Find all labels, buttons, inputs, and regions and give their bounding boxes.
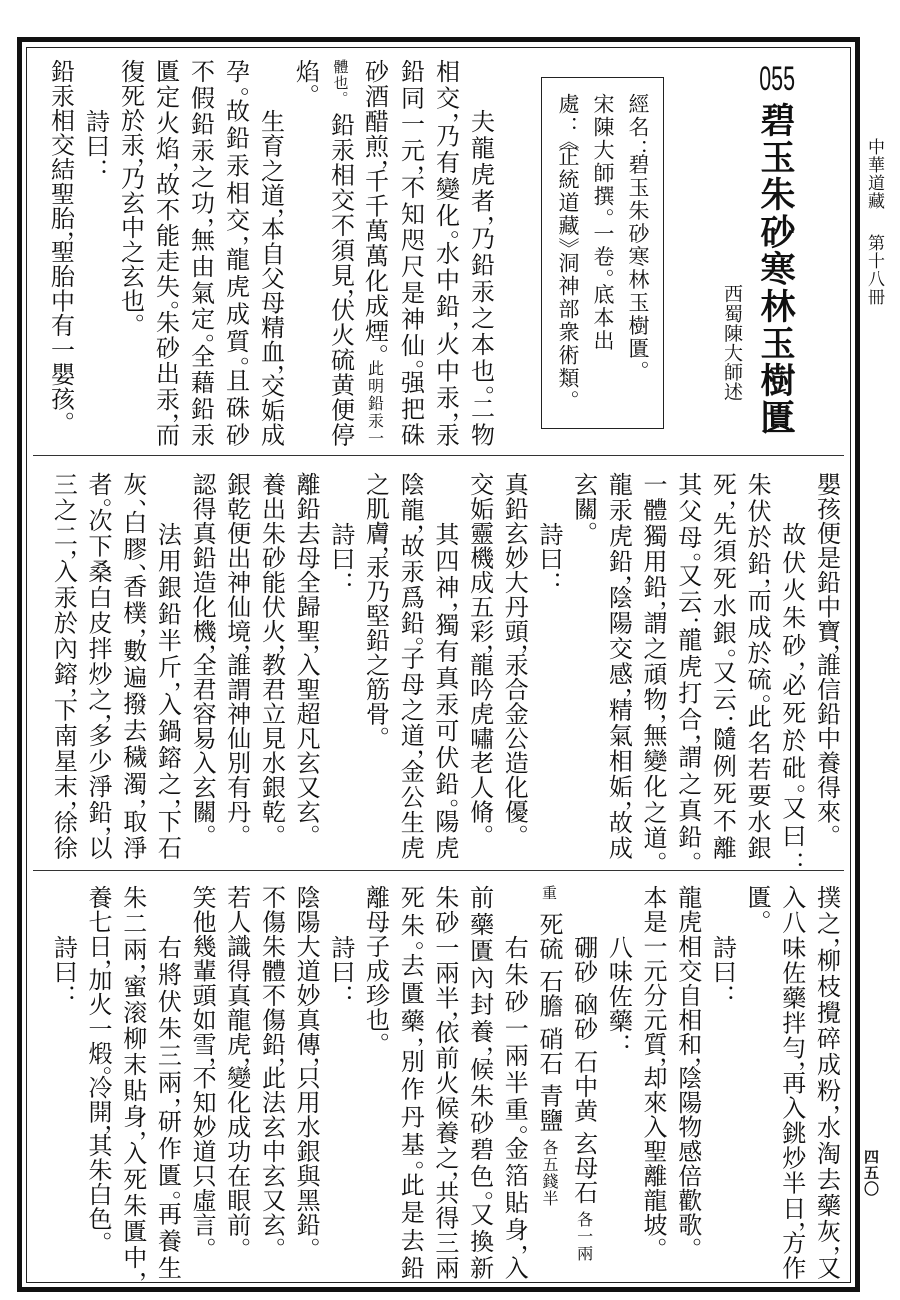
text-column: 夫龍虎者，乃鉛汞之本也。二物: [463, 59, 498, 447]
text-column: 死，先須死水銀。又云：隨例死不離: [705, 472, 740, 860]
punctuation: 。: [257, 824, 285, 833]
punctuation: ，: [257, 1057, 285, 1066]
poem-line: 交姤靈機成五彩，龍吟虎嘯老人脩。: [462, 472, 497, 860]
punctuation: ，: [119, 1271, 147, 1280]
punctuation: 。: [292, 824, 320, 833]
punctuation: 。: [396, 941, 424, 953]
punctuation: 。: [556, 390, 580, 405]
dosage-note: 各一兩: [575, 1211, 594, 1262]
poem-line: 鉛汞相交結聖胎，聖胎中有一嬰孩。: [43, 59, 78, 447]
text-column: 陰龍，故汞爲鉛。子母之道，金公生虎: [393, 472, 428, 860]
punctuation: ，: [604, 800, 632, 810]
volume-label: 第十八冊: [864, 234, 884, 306]
punctuation: ，: [117, 157, 145, 166]
punctuation: ，: [639, 1057, 667, 1066]
punctuation: 。: [222, 86, 250, 98]
punctuation: 。: [223, 824, 251, 833]
punctuation: 。: [84, 1066, 112, 1075]
dosage-note: 重: [531, 885, 566, 912]
punctuation: 。: [397, 359, 425, 370]
punctuation: 。: [743, 910, 771, 919]
punctuation: 。: [639, 1237, 667, 1246]
punctuation: ，: [812, 1104, 840, 1115]
punctuation: ，: [153, 681, 181, 692]
punctuation: ，: [500, 644, 528, 653]
text-column: 其四神，獨有真汞可伏鉛。陽虎: [427, 472, 462, 860]
punctuation: ，: [812, 644, 840, 653]
punctuation: 》: [556, 237, 580, 252]
punctuation: ：: [708, 714, 736, 726]
page-number: 四五〇: [862, 1149, 880, 1197]
punctuation: 。: [292, 84, 320, 93]
punctuation: ，: [639, 713, 667, 723]
column-text: 砂酒醋煎，千千萬萬化成煙。: [361, 59, 389, 353]
text-column: 焰。: [288, 59, 323, 447]
punctuation: 《: [556, 131, 580, 146]
punctuation: 。: [117, 313, 145, 322]
text-column: 不假鉛汞之功，無由氣定。全藉鉛汞: [183, 59, 218, 447]
punctuation: 。: [591, 208, 615, 223]
punctuation: ，: [257, 644, 285, 653]
punctuation: ，: [222, 235, 250, 247]
text-column: 砂酒醋煎，千千萬萬化成煙。此明鉛汞一: [358, 59, 393, 447]
punctuation: ，: [639, 600, 667, 610]
punctuation: ，: [431, 1171, 459, 1181]
punctuation: ，: [84, 1124, 112, 1133]
punctuation: ，: [187, 217, 215, 228]
interlinear-note: 此明鉛汞一: [366, 360, 385, 447]
punctuation: ，: [84, 825, 112, 835]
punctuation: 。: [432, 230, 460, 241]
text-column: 入八味佐藥拌勻，再入銚炒半日，方作: [774, 885, 809, 1280]
punctuation: ，: [188, 644, 216, 653]
punctuation: 。: [222, 356, 250, 368]
punctuation: ，: [49, 549, 77, 559]
punctuation: ：: [626, 139, 650, 154]
ingredient-list-column: 重死硫 石膽 硝石 青鹽各五錢半: [531, 885, 566, 1280]
poem-line: 陰陽大道妙真傳，只用水銀與黑鉛。: [288, 885, 323, 1280]
punctuation: 。: [674, 1237, 702, 1246]
punctuation: ，: [431, 601, 459, 612]
column-text: 鉛汞相交不須見，伏火硫黄便停: [327, 112, 355, 447]
author-line: 西蜀陳大師述: [721, 284, 743, 402]
punctuation: ，: [49, 800, 77, 810]
punctuation: 。: [362, 1032, 390, 1041]
text-column: 一體獨用鉛，謂之頑物，無變化之道。: [635, 472, 670, 860]
running-header: 中華道藏第十八冊: [864, 138, 884, 306]
punctuation: ，: [119, 963, 147, 974]
ingredient-list-column: 硼砂 硇砂 石中黄 玄母石各一兩: [566, 885, 601, 1280]
punctuation: ，: [49, 687, 77, 697]
text-column: 者。次下桑白皮拌炒之，多少淨鉛，以: [80, 472, 115, 860]
punctuation: 。: [570, 521, 598, 530]
poem-line: 嬰孩便是鉛中寶，誰信鉛中養得來。: [809, 472, 844, 860]
text-column: 匱。: [739, 885, 774, 1280]
punctuation: 。: [257, 1237, 285, 1246]
punctuation: ，: [466, 644, 494, 653]
punctuation: 、: [119, 563, 147, 574]
punctuation: ，: [708, 499, 736, 511]
punctuation: ，: [361, 159, 389, 169]
text-column: 龍汞虎鉛，陰陽交感，精氣相姤，故成: [601, 472, 636, 860]
punctuation: ，: [778, 660, 806, 672]
punctuation: ，: [431, 1010, 459, 1020]
text-column: 法用銀鉛半斤，入鍋鎔之，下石: [150, 472, 185, 860]
section-divider: [33, 455, 844, 456]
text-column: 故伏火朱砂，必死於砒。又曰：: [774, 472, 809, 860]
punctuation: ，: [257, 364, 285, 373]
punctuation: ，: [674, 1057, 702, 1066]
punctuation: ，: [396, 1036, 424, 1048]
scripture-number: 055: [759, 62, 791, 96]
punctuation: 。: [292, 1237, 320, 1246]
text-column: 生育之道，本自父母精血，交姤成: [253, 59, 288, 447]
punctuation: ：: [604, 1033, 632, 1042]
poem-line: 不傷朱體不傷鉛，此法玄中玄又玄。: [254, 885, 289, 1280]
text-column: 鉛同一元，不知咫尺是神仙。强把硃: [393, 59, 428, 447]
text-column: 養七日，加火一煅。冷開，其朱白色。: [80, 885, 115, 1280]
collection-title: 中華道藏: [864, 138, 884, 210]
text-column: 三之二，入汞於內鎔，下南星末，徐徐: [46, 472, 81, 860]
punctuation: 。: [361, 343, 389, 353]
punctuation: 。: [812, 824, 840, 833]
text-column: 之肌膚，汞乃堅鉛之筋骨。: [358, 472, 393, 860]
punctuation: 。: [188, 824, 216, 833]
punctuation: ，: [466, 1046, 494, 1057]
punctuation: 。: [431, 798, 459, 809]
text-column: 朱伏於鉛，而成於硫。此名若要水銀: [739, 472, 774, 860]
punctuation: ，: [152, 412, 180, 422]
punctuation: 、: [119, 499, 147, 510]
punctuation: 。: [466, 824, 494, 833]
punctuation: ，: [362, 546, 390, 555]
bibliographic-note-box: 經名：碧玉朱砂寒林玉樹匱。 宋陳大師撰。一卷。底本出 處：《正統道藏》洞神部衆術…: [541, 77, 664, 429]
punctuation: ，: [432, 112, 460, 123]
poem-line: 銀乾便出神仙境，誰謂神仙別有丹。: [219, 472, 254, 860]
punctuation: 。: [84, 1231, 112, 1240]
poem-heading: 詩曰：: [531, 472, 566, 860]
interlinear-note: 體也。: [323, 59, 358, 112]
punctuation: ，: [432, 411, 460, 422]
text-column: 右朱砂一兩半重。金箔貼身，入: [497, 885, 532, 1280]
punctuation: ，: [292, 644, 320, 653]
punctuation: ：: [327, 984, 355, 993]
poem-heading: 詩曰：: [46, 885, 81, 1280]
text-column: 復死於汞，乃玄中之玄也。: [113, 59, 148, 447]
punctuation: ，: [327, 288, 355, 298]
punctuation: 。: [674, 552, 702, 563]
poem-line: 離鉛去母全歸聖，入聖超凡玄又玄。: [288, 472, 323, 860]
punctuation: ，: [292, 1057, 320, 1066]
text-column: 離母子成珍也。: [358, 885, 393, 1280]
punctuation: 。: [639, 851, 667, 860]
punctuation: 。: [626, 361, 650, 376]
punctuation: ，: [674, 733, 702, 744]
punctuation: ：: [49, 984, 77, 993]
punctuation: ，: [604, 574, 632, 584]
punctuation: 。: [362, 726, 390, 735]
punctuation: 。: [778, 783, 806, 795]
text-column: 朱二兩，蜜滚柳末貼身，入死朱匱中，: [115, 885, 150, 1280]
punctuation: 。: [223, 1237, 251, 1246]
punctuation: ，: [432, 320, 460, 331]
punctuation: ，: [153, 1097, 181, 1109]
punctuation: ：: [708, 984, 736, 993]
note-line: 宋陳大師撰。一卷。底本出: [585, 93, 620, 428]
punctuation: 。: [84, 498, 112, 508]
punctuation: ，: [500, 1244, 528, 1256]
punctuation: ：: [327, 571, 355, 580]
punctuation: ，: [743, 577, 771, 588]
punctuation: 。: [153, 1190, 181, 1202]
punctuation: ，: [604, 687, 632, 697]
punctuation: 。: [188, 1237, 216, 1246]
note-line: 處：《正統道藏》洞神部衆術類。: [550, 93, 585, 428]
punctuation: ，: [812, 937, 840, 948]
ingredient-names: 死硫 石膽 硝石 青鹽: [535, 912, 563, 1132]
punctuation: 。: [152, 300, 180, 310]
poem-heading: 詩曰：: [323, 885, 358, 1280]
punctuation: ，: [257, 207, 285, 216]
punctuation: 。: [743, 693, 771, 704]
text-column: 朱砂一兩半，依前火候養之，共得三兩: [427, 885, 462, 1280]
punctuation: 。: [591, 269, 615, 284]
punctuation: ：: [556, 116, 580, 131]
text-column: 匱定火焰，故不能走失。朱砂出汞，而: [148, 59, 183, 447]
poem-line: 本是一元分元質，却來入聖離龍坡。: [635, 885, 670, 1280]
text-column: 玄關。: [566, 472, 601, 860]
poem-line: 若人識得真龍虎，變化成功在眼前。: [219, 885, 254, 1280]
punctuation: ：: [674, 616, 702, 627]
poem-line: 認得真鉛造化機，全君容易入玄關。: [184, 472, 219, 860]
poem-heading: 詩曰：: [78, 59, 113, 447]
poem-line: 笑他幾輩頭如雪，不知妙道只虛言。: [184, 885, 219, 1280]
poem-line: 龍虎相交自相和，陰陽物感倍歡歌。: [670, 885, 705, 1280]
punctuation: 。: [500, 824, 528, 833]
punctuation: ，: [397, 164, 425, 175]
punctuation: 。: [708, 648, 736, 660]
punctuation: 。: [500, 1124, 528, 1136]
text-register-bottom: 撲之，柳枝攪碎成粉，水淘去藥灰，又 入八味佐藥拌勻，再入銚炒半日，方作 匱。 詩…: [45, 885, 843, 1280]
punctuation: ，: [812, 1245, 840, 1256]
punctuation: ，: [119, 798, 147, 809]
text-column: 前藥匱內封養，候朱砂碧色。又換新: [462, 885, 497, 1280]
punctuation: 。: [396, 636, 424, 646]
punctuation: ，: [223, 644, 251, 653]
text-column: 灰、白膠、香樸，數遍撥去穢濁，取淨: [115, 472, 150, 860]
punctuation: 。: [187, 333, 215, 344]
punctuation: ，: [396, 523, 424, 533]
poem-line: 養出朱砂能伏火，教君立見水銀乾。: [254, 472, 289, 860]
punctuation: 。: [466, 1191, 494, 1202]
section-divider: [33, 870, 844, 871]
text-register-middle: 嬰孩便是鉛中寶，誰信鉛中養得來。 故伏火朱砂，必死於砒。又曰： 朱伏於鉛，而成於…: [45, 472, 843, 860]
ingredient-list-heading: 八味佐藥：: [601, 885, 636, 1280]
punctuation: ，: [467, 215, 495, 226]
text-column: 相交，乃有變化。水中鉛，火中汞，汞: [428, 59, 463, 447]
note-line: 經名：碧玉朱砂寒林玉樹匱。: [620, 93, 655, 428]
poem-heading: 詩曰：: [323, 472, 358, 860]
punctuation: 。: [396, 1160, 424, 1172]
punctuation: ，: [152, 161, 180, 171]
punctuation: ，: [119, 627, 147, 638]
text-register-top: 夫龍虎者，乃鉛汞之本也。二物 相交，乃有變化。水中鉛，火中汞，汞 鉛同一元，不知…: [43, 59, 498, 447]
text-column: 體也。鉛汞相交不須見，伏火硫黄便停: [323, 59, 358, 447]
punctuation: ：: [82, 158, 110, 167]
punctuation: ，: [223, 1057, 251, 1066]
text-column: 撲之，柳枝攪碎成粉，水淘去藥灰，又: [809, 885, 844, 1280]
poem-heading: 詩曰：: [705, 885, 740, 1280]
ingredient-names: 硼砂 硇砂 石中黄 玄母石: [570, 935, 598, 1204]
text-column: 孕。故鉛汞相交，龍虎成質。且硃砂: [218, 59, 253, 447]
punctuation: ，: [47, 231, 75, 240]
punctuation: 。: [674, 851, 702, 860]
text-column: 右將伏朱三兩，研作匱。再養生: [150, 885, 185, 1280]
punctuation: ，: [84, 959, 112, 968]
dosage-note: 各五錢半: [540, 1139, 559, 1207]
text-column: 其父母。又云：龍虎打合，謂之真鉛。: [670, 472, 705, 860]
punctuation: ，: [396, 748, 424, 758]
scripture-title: 碧玉朱砂寒林玉樹匱: [756, 102, 794, 437]
punctuation: ，: [188, 1057, 216, 1066]
punctuation: ：: [535, 571, 563, 580]
punctuation: ，: [84, 713, 112, 723]
punctuation: 。: [47, 411, 75, 420]
punctuation: ：: [778, 851, 806, 860]
punctuation: 。: [332, 91, 350, 97]
text-column: 死朱。去匱藥，別作丹基。此是去鉛: [393, 885, 428, 1280]
punctuation: 。: [467, 385, 495, 396]
punctuation: ，: [778, 1061, 806, 1071]
punctuation: ，: [119, 1130, 147, 1141]
poem-line: 真鉛玄妙大丹頭，汞合金公造化優。: [497, 472, 532, 860]
punctuation: ，: [778, 1221, 806, 1231]
punctuation: ，: [153, 798, 181, 809]
